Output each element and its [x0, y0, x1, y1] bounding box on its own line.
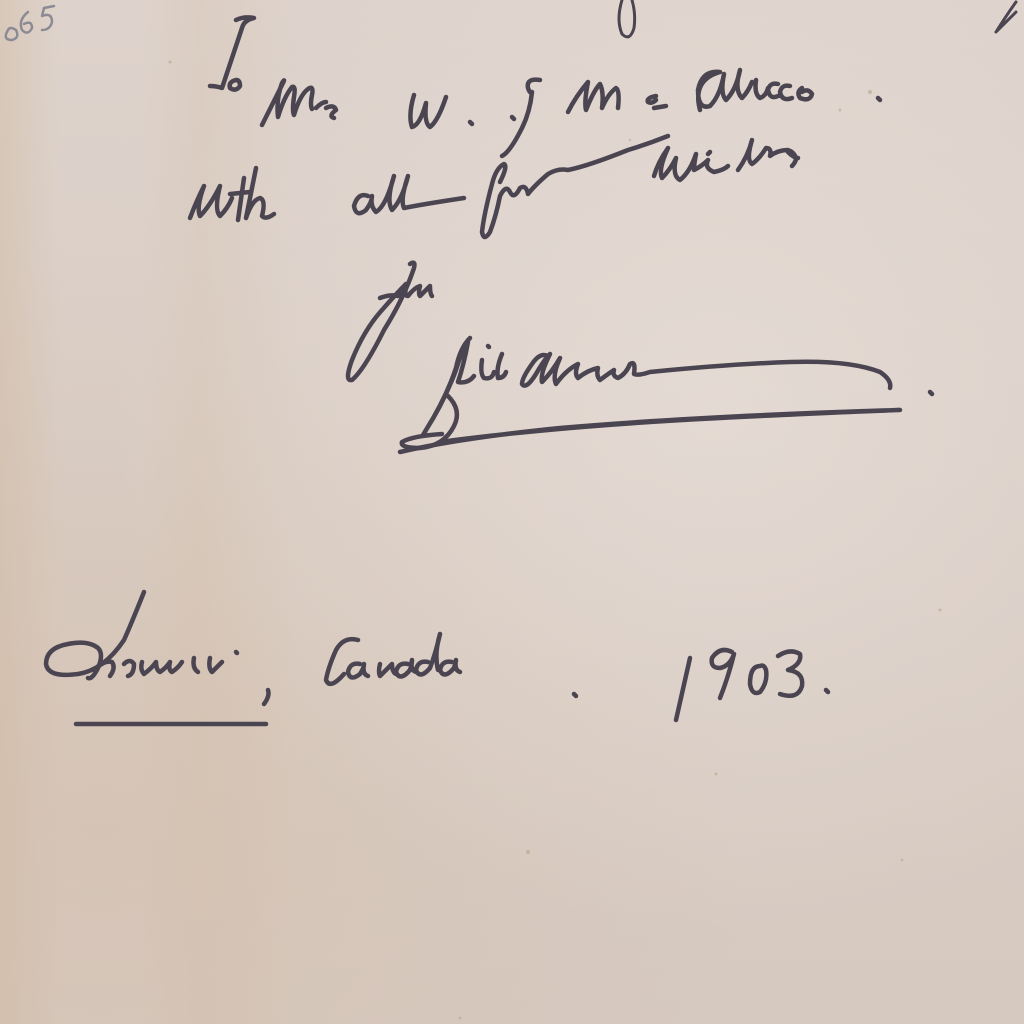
handwriting-strokes — [0, 0, 1024, 1024]
line2-strokes — [190, 136, 798, 237]
signature-strokes — [400, 338, 932, 452]
pencil-note-strokes — [6, 6, 54, 40]
line3-strokes — [348, 263, 432, 381]
top-edge-strokes — [619, 0, 1016, 37]
footer-strokes — [46, 592, 828, 724]
foxing-specks — [169, 61, 942, 1020]
line1-strokes — [210, 17, 880, 156]
